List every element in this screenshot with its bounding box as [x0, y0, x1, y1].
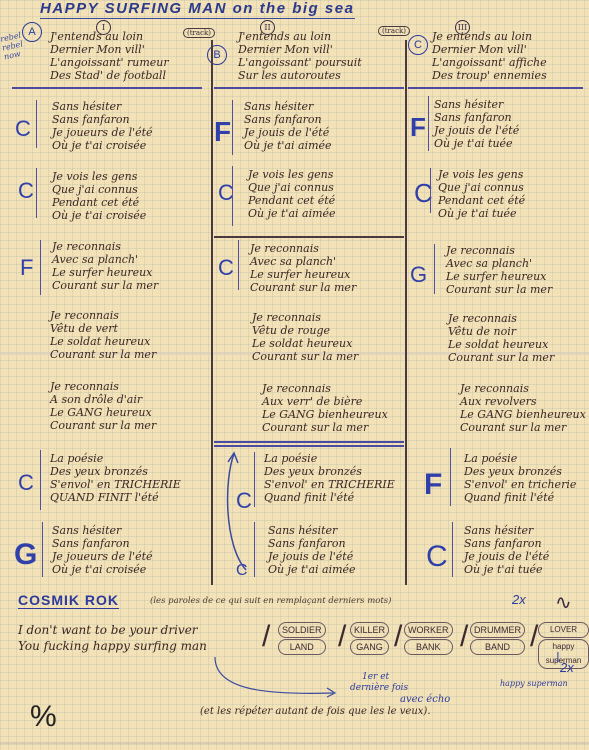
chord-label: C [18, 470, 34, 496]
verse-block: Je reconnaisAux verr' de bièreLe GANG bi… [262, 382, 388, 434]
chord-label: F [410, 112, 426, 143]
verse-block: Sans hésiterSans fanfaronJe jouis de l'é… [434, 98, 519, 150]
rule [408, 87, 583, 89]
bracket-bar [238, 240, 239, 290]
page-mark: % [30, 700, 57, 734]
bracket-bar [254, 452, 255, 507]
chord-label: G [14, 538, 37, 572]
track-tag-c: (track) [378, 26, 410, 36]
verse-block: Je reconnaisAvec sa planch'Le surfer heu… [446, 244, 552, 296]
bracket-bar [42, 522, 43, 577]
word-option: DRUMMERBAND [470, 622, 525, 656]
bracket-bar [428, 96, 429, 151]
bracket-bar [450, 448, 451, 506]
bracket-bar [430, 168, 431, 213]
section-marker-b: B [207, 45, 227, 65]
chord-label: G [410, 262, 427, 288]
rule [12, 87, 202, 89]
column-divider [211, 40, 213, 585]
chord-label: C [18, 178, 34, 204]
bracket-bar [40, 240, 41, 295]
chord-label: F [424, 468, 442, 502]
section-marker-c: C [408, 35, 428, 55]
rule [214, 441, 404, 443]
verse-block: Sans hésiterSans fanfaronJe jouis de l'é… [268, 524, 356, 576]
annotation-first-last: 1er et dernière fois [350, 672, 408, 694]
verse-block: La poésieDes yeux bronzésS'envol' en tri… [464, 452, 576, 504]
verse-block: Je reconnaisVêtu de rougeLe soldat heure… [252, 311, 358, 363]
rule [214, 445, 404, 447]
slash-divider: / [338, 620, 346, 654]
repeat-count: 2x [512, 592, 526, 607]
verse-block: Je reconnaisA son drôle d'airLe GANG heu… [50, 380, 156, 432]
slash-divider: / [394, 620, 402, 654]
annotation-echo: avec écho [400, 694, 450, 705]
track-tag-b: (track) [183, 28, 215, 38]
verse-block: Je reconnaisAvec sa planch'Le surfer heu… [250, 242, 356, 294]
verse-block: La poésieDes yeux bronzésS'envol' en TRI… [50, 452, 181, 504]
bracket-bar [232, 166, 233, 226]
bracket-bar [40, 450, 41, 510]
bracket-bar [36, 100, 37, 148]
word-option: WORKERBANK [404, 622, 453, 656]
chord-label: C [218, 255, 234, 281]
bracket-bar [232, 100, 233, 155]
intro-verse-c: Je entends au loinDernier Mon vill'L'ang… [432, 30, 547, 82]
bracket-bar [254, 522, 255, 577]
annotation-super: happy superman [500, 678, 568, 689]
verse-block: Je vois les gensQue j'ai connusPendant c… [438, 168, 525, 220]
verse-block: Sans hésiterSans fanfaronJe jouis de l'é… [244, 100, 332, 152]
page-title: HAPPY SURFING MAN on the big sea [40, 0, 355, 19]
english-lyrics: I don't want to be your driver You fucki… [18, 622, 207, 654]
word-option: SOLDIERLAND [278, 622, 326, 656]
verse-block: Je reconnaisAvec sa planch'Le surfer heu… [52, 240, 158, 292]
slash-divider: / [262, 620, 270, 654]
section-heading-cosmik-rok: COSMIK ROK [18, 592, 119, 609]
verse-block: Sans hésiterSans fanfaronJe jouis de l'é… [464, 524, 549, 576]
bracket-bar [434, 244, 435, 294]
paper-edge [0, 742, 589, 744]
verse-block: Je vois les gensQue j'ai connusPendant c… [248, 168, 336, 220]
intro-verse-b: J'entends au loinDernier Mon vill'L'ango… [238, 30, 362, 82]
curved-arrow-icon [205, 655, 345, 700]
bracket-bar [452, 522, 453, 577]
section-marker-a: A [22, 22, 42, 42]
column-divider [405, 40, 407, 585]
chord-label: C [15, 116, 31, 142]
down-arrow-icon: ↓ [552, 650, 564, 666]
chord-label: C [426, 540, 448, 574]
verse-block: Je reconnaisVêtu de vertLe soldat heureu… [50, 309, 156, 361]
word-option: KILLERGANG [350, 622, 389, 656]
rule [214, 87, 404, 89]
squiggle-icon: ∿ [555, 590, 572, 614]
verse-block: Je vois les gensQue j'ai connusPendant c… [52, 170, 146, 222]
verse-block: Sans hésiterSans fanfaronJe joueurs de l… [52, 100, 153, 152]
intro-verse-a: J'entends au loinDernier Mon vill'L'ango… [50, 30, 169, 82]
rule [214, 236, 404, 238]
verse-block: Je reconnaisAux revolversLe GANG bienheu… [460, 382, 586, 434]
chord-label: F [20, 255, 33, 281]
chord-label: F [214, 116, 231, 148]
verse-block: Je reconnaisVêtu de noirLe soldat heureu… [448, 312, 554, 364]
verse-block: Sans hésiterSans fanfaronJe joueurs de l… [52, 524, 153, 576]
bracket-bar [36, 168, 37, 218]
footnote: (et les répéter autant de fois que les l… [200, 706, 431, 717]
slash-divider: / [460, 620, 468, 654]
repeat-arrow-icon [222, 450, 252, 575]
cosmik-note: (les paroles de ce qui suit en remplaçan… [150, 596, 391, 606]
lyric-sheet: HAPPY SURFING MAN on the big sea rebel r… [0, 0, 589, 750]
verse-block: La poésieDes yeux bronzésS'envol' en TRI… [264, 452, 395, 504]
